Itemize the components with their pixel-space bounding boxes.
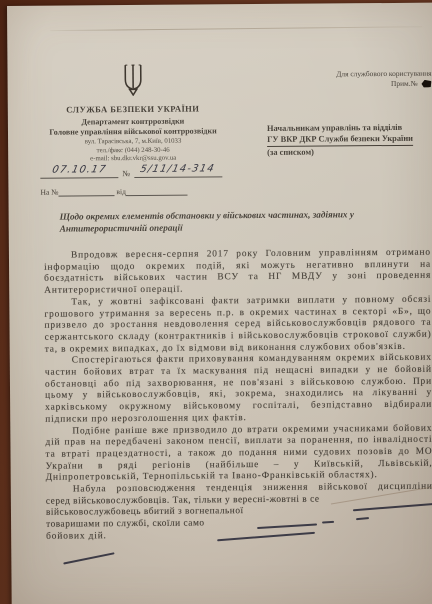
- number-field: 5/11/14-314: [134, 163, 222, 178]
- recipient-block: Начальникам управлінь та відділів ГУ ВКР…: [267, 122, 432, 159]
- recipient-line-2: ГУ ВКР ДКР Служби безпеки України: [267, 133, 413, 147]
- recipient-line-3: (за списком): [267, 146, 432, 159]
- paragraph-4: Подібне раніше вже призводило до втрати …: [45, 423, 432, 485]
- redaction-ink-blob: [420, 79, 432, 88]
- paper-crease: [50, 26, 422, 31]
- ref-on-field: [58, 182, 114, 196]
- paragraph-5-line-5: бойових дій.: [46, 529, 432, 544]
- subject-line: Щодо окремих елементів обстановки у війс…: [60, 209, 362, 235]
- org-name: СЛУЖБА БЕЗПЕКИ УКРАЇНИ: [34, 103, 232, 115]
- reference-row: На № від: [40, 181, 236, 197]
- ref-from-field: [126, 182, 188, 196]
- ukraine-trident-emblem-icon: [121, 63, 144, 101]
- ref-from-label: від: [116, 187, 126, 196]
- pen-mark-below-text: [63, 552, 114, 564]
- classification-block: Для службового користування Прим.№: [260, 69, 432, 90]
- date-number-row: 07.10.17№5/11/14-314: [40, 163, 236, 179]
- letterhead: СЛУЖБА БЕЗПЕКИ УКРАЇНИ Департамент контр…: [33, 62, 232, 164]
- date-field: 07.10.17: [40, 164, 118, 179]
- copy-number-line: Прим.№: [260, 78, 432, 89]
- handwritten-date: 07.10.17: [51, 164, 107, 175]
- document-page: СЛУЖБА БЕЗПЕКИ УКРАЇНИ Департамент контр…: [7, 3, 432, 604]
- photo-background: { "letterhead": { "org_name": "СЛУЖБА БЕ…: [0, 0, 432, 604]
- paragraph-3: Спостерігаються факти приховування коман…: [45, 353, 432, 426]
- paragraph-2: Так, у жовтні зафіксовані факти затримки…: [44, 294, 431, 356]
- copy-number-label: Прим.№: [391, 78, 418, 87]
- ref-on-label: На №: [40, 188, 58, 197]
- letter-body: Впродовж вересня-серпня 2017 року Головн…: [44, 248, 432, 544]
- paragraph-1: Впродовж вересня-серпня 2017 року Головн…: [44, 248, 431, 298]
- handwritten-number: 5/11/14-314: [140, 163, 217, 175]
- dept-line-2: Головне управління військової контррозві…: [34, 126, 232, 137]
- number-sign: №: [122, 169, 130, 178]
